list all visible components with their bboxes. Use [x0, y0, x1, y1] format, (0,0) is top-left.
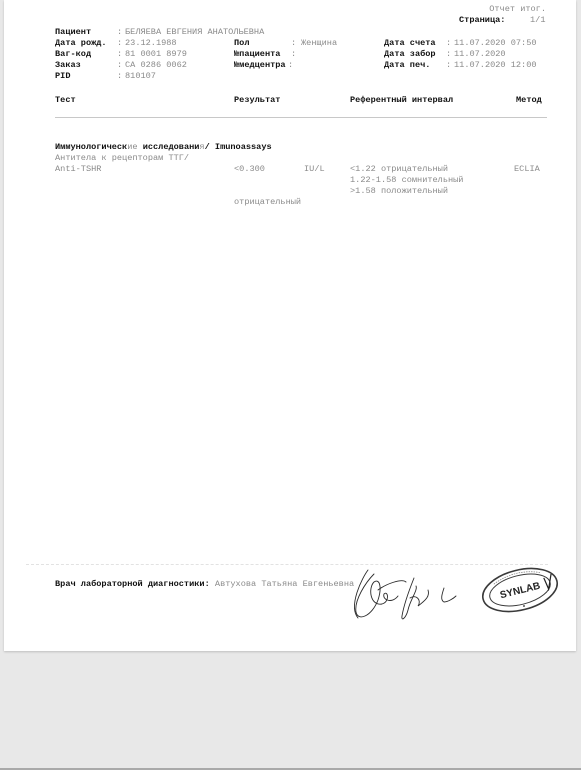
collection-date-value: 11.07.2020	[454, 49, 506, 60]
page-number: 1/1	[530, 15, 545, 26]
result-interpretation: отрицательный	[234, 197, 301, 208]
doctor-label: Врач лабораторной диагностики	[55, 579, 205, 589]
section-title-part: исследовани	[138, 142, 200, 152]
stamp-text: SYNLAB	[499, 581, 542, 602]
page-label: Страница:	[459, 15, 505, 26]
column-header-test: Тест	[55, 95, 76, 106]
sex-value: Женщина	[301, 38, 337, 49]
column-header-reference: Референтный интервал	[350, 95, 453, 106]
colon: :	[117, 49, 122, 60]
invoice-date-label: Дата счета	[384, 38, 436, 49]
barcode-label: Ваг-код	[55, 49, 91, 60]
reference-line: >1.58 положительный	[350, 186, 448, 197]
header-divider	[55, 117, 547, 118]
colon: :	[117, 38, 122, 49]
section-title-part: Иммунологическ	[55, 142, 127, 152]
section-title: Иммунологические исследования/ Imunoassa…	[55, 142, 272, 153]
print-date-value: 11.07.2020 12:00	[454, 60, 537, 71]
colon: :	[205, 579, 210, 589]
colon: :	[446, 49, 451, 60]
patient-name: БЕЛЯЕВА ЕВГЕНИЯ АНАТОЛЬЕВНА	[125, 27, 264, 38]
dob-label: Дата рожд.	[55, 38, 107, 49]
patient-number-label: №пациента	[234, 49, 280, 60]
collection-date-label: Дата забор	[384, 49, 436, 60]
result-unit: IU/L	[304, 164, 325, 175]
colon: :	[288, 60, 293, 71]
reference-line: <1.22 отрицательный	[350, 164, 448, 175]
colon: :	[117, 71, 122, 82]
method-value: ECLIA	[514, 164, 540, 175]
colon: :	[117, 60, 122, 71]
column-header-method: Метод	[516, 95, 542, 106]
result-value: <0.300	[234, 164, 265, 175]
doctor-signature-line: Врач лабораторной диагностики: Автухова …	[55, 579, 354, 590]
doctor-name: Автухова Татьяна Евгеньевна	[215, 579, 354, 589]
report-type: Отчет итог.	[424, 4, 546, 15]
report-page: Отчет итог. Страница: 1/1 Пациент : БЕЛЯ…	[4, 0, 576, 651]
barcode-value: 81 0001 8979	[125, 49, 187, 60]
colon: :	[291, 38, 296, 49]
order-value: CA 0286 0062	[125, 60, 187, 71]
test-code: Anti-TSHR	[55, 164, 101, 175]
colon: :	[446, 60, 451, 71]
sex-label: Пол	[234, 38, 249, 49]
pid-value: 810107	[125, 71, 156, 82]
colon: :	[291, 49, 296, 60]
section-title-part: / Imunoassays	[205, 142, 272, 152]
dob-value: 23.12.1988	[125, 38, 177, 49]
test-name: Антитела к рецепторам ТТГ/	[55, 153, 189, 164]
footer-divider	[26, 564, 548, 565]
order-label: Заказ	[55, 60, 81, 71]
synlab-stamp-icon: SYNLAB	[478, 562, 562, 618]
column-header-result: Результат	[234, 95, 280, 106]
print-date-label: Дата печ.	[384, 60, 436, 71]
reference-line: 1.22-1.58 сомнительный	[350, 175, 463, 186]
section-title-part: ие	[127, 142, 137, 152]
pid-label: PID	[55, 71, 70, 82]
medcenter-label: №медцентра	[234, 60, 286, 71]
invoice-date-value: 11.07.2020 07:50	[454, 38, 537, 49]
colon: :	[446, 38, 451, 49]
signature-icon	[344, 560, 464, 626]
page-label-text: Страница	[459, 15, 500, 25]
colon: :	[117, 27, 122, 38]
patient-name-label: Пациент	[55, 27, 91, 38]
